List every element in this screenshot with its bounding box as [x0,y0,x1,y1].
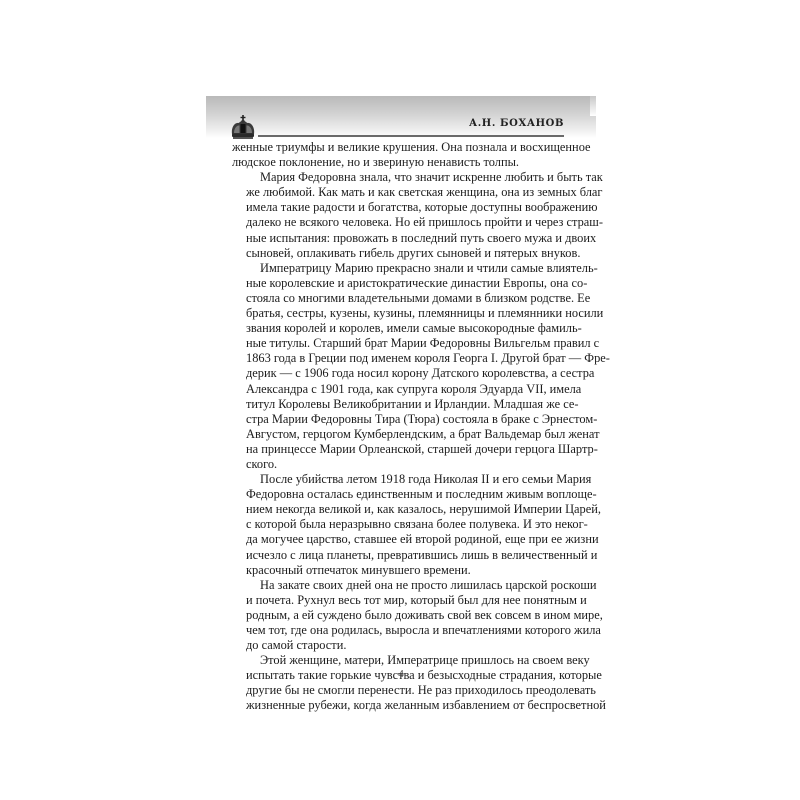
text-line: стояла со многими владетельными домами в… [232,291,564,306]
text-line: Этой женщине, матери, Императрице пришло… [232,653,564,668]
text-line: После убийства летом 1918 года Николая I… [232,472,564,487]
running-title-author: А.Н. БОХАНОВ [469,118,564,129]
page-header-band [206,96,596,138]
text-line: ные испытания: провожать в последний пут… [232,231,564,246]
paragraph-5: На закате своих дней она не просто лишил… [232,578,564,653]
text-line: Августом, герцогом Кумберлендским, а бра… [232,427,564,442]
text-line: и почета. Рухнул весь тот мир, который б… [232,593,564,608]
text-line: Федоровна осталась единственным и послед… [232,487,564,502]
paragraph-3: Императрицу Марию прекрасно знали и чтил… [232,261,564,472]
text-line: Мария Федоровна знала, что значит искрен… [232,170,564,185]
text-line: жизненные рубежи, когда желанным избавле… [232,698,564,713]
book-page: А.Н. БОХАНОВ женные триумфы и великие кр… [206,96,596,696]
text-line: родным, а ей суждено было доживать свой … [232,608,564,623]
text-line: дерик — с 1906 года носил корону Датског… [232,366,564,381]
text-line: с которой была неразрывно связана более … [232,517,564,532]
text-line: сыновей, оплакивать гибель других сынове… [232,246,564,261]
text-line: титул Королевы Великобритании и Ирландии… [232,397,564,412]
text-line: нием некогда великой и, как казалось, не… [232,502,564,517]
text-line: чем тот, где она родилась, выросла и впе… [232,623,564,638]
text-line: ные королевские и аристократические дина… [232,276,564,291]
header-rule [258,135,564,137]
text-line: 1863 года в Греции под именем короля Гео… [232,351,564,366]
text-line: другие бы не смогли перенести. Не раз пр… [232,683,564,698]
text-line: На закате своих дней она не просто лишил… [232,578,564,593]
text-line: стра Марии Федоровны Тира (Тюра) состоял… [232,412,564,427]
paragraph-2: Мария Федоровна знала, что значит искрен… [232,170,564,261]
text-line: имела такие радости и богатства, которые… [232,200,564,215]
text-line: звания королей и королев, имели самые вы… [232,321,564,336]
text-line: же любимой. Как мать и как светская женщ… [232,185,564,200]
text-line: ные титулы. Старший брат Марии Федоровны… [232,336,564,351]
text-line: женные триумфы и великие крушения. Она п… [232,140,564,155]
page-number: 4 [206,668,596,680]
text-line: исчезло с лица планеты, превратившись ли… [232,548,564,563]
paragraph-6: Этой женщине, матери, Императрице пришло… [232,653,564,713]
paragraph-1: женные триумфы и великие крушения. Она п… [232,140,564,170]
text-line: до самой старости. [232,638,564,653]
text-line: на принцессе Марии Орлеанской, старшей д… [232,442,564,457]
text-line: да могучее царство, ставшее ей второй ро… [232,532,564,547]
text-line: красочный отпечаток минувшего времени. [232,563,564,578]
text-line: далеко не всякого человека. Но ей пришло… [232,215,564,230]
text-line: Александра с 1901 года, как супруга коро… [232,382,564,397]
paragraph-4: После убийства летом 1918 года Николая I… [232,472,564,578]
text-line: людское поклонение, но и звериную ненави… [232,155,564,170]
body-text: женные триумфы и великие крушения. Она п… [232,140,564,714]
imperial-crown-icon [230,115,256,140]
text-line: ского. [232,457,564,472]
text-line: братья, сестры, кузены, кузины, племянни… [232,306,564,321]
text-line: Императрицу Марию прекрасно знали и чтил… [232,261,564,276]
